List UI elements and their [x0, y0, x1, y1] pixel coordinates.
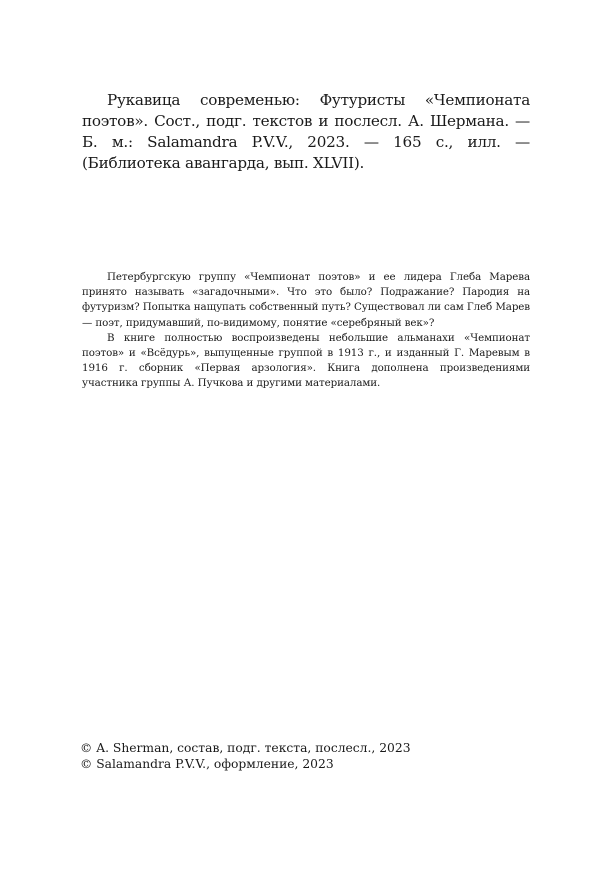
- bibliographic-record: Рукавица современью: Футуристы «Чемпиона…: [82, 90, 530, 174]
- copyright-block: © A. Sherman, состав, подг. текста, посл…: [80, 740, 411, 772]
- annotation-paragraph: В книге полностью воспроизведены небольш…: [82, 331, 530, 392]
- copyright-line: © A. Sherman, состав, подг. текста, посл…: [80, 740, 411, 756]
- annotation-paragraph: Петербургскую группу «Чемпионат поэтов» …: [82, 270, 530, 331]
- copyright-line: © Salamandra P.V.V., оформление, 2023: [80, 756, 411, 772]
- annotation: Петербургскую группу «Чемпионат поэтов» …: [82, 270, 530, 392]
